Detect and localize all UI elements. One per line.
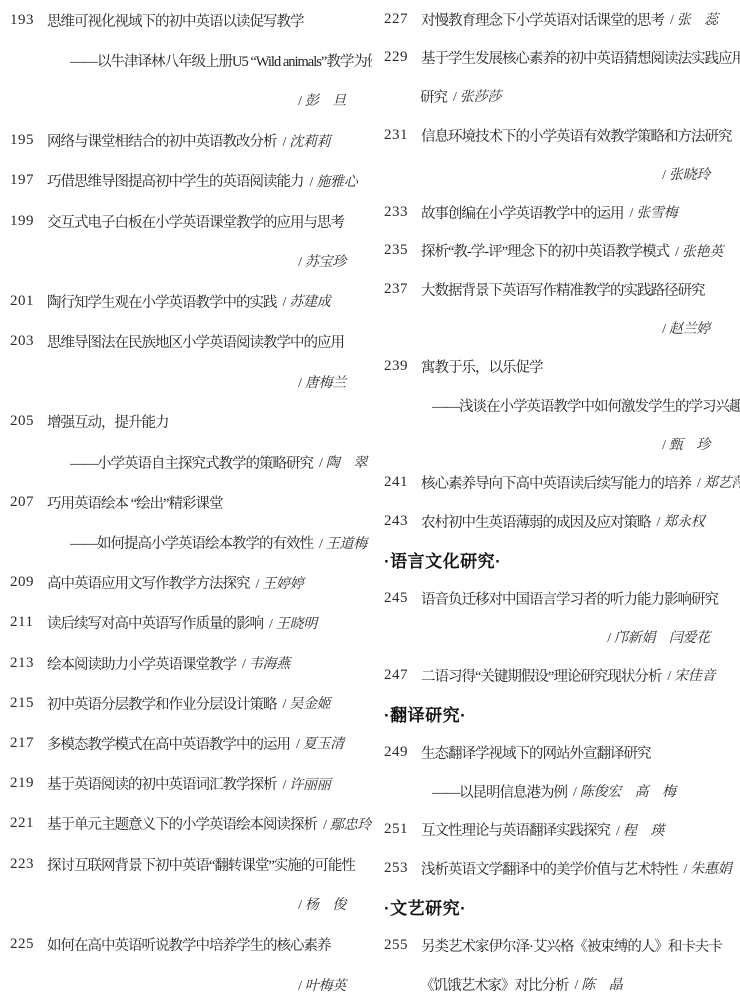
article-title: 另类艺术家伊尔泽·艾兴格《被束缚的人》和卡夫卡 [421,935,722,956]
section-title: ·语言文化研究· [384,547,501,572]
toc-line: 219基于英语阅读的初中英语词汇教学探析许丽丽 [10,764,372,804]
page-number: 217 [10,735,47,752]
page-number: 201 [10,293,47,310]
author-name: 鄢忠玲 [323,814,371,834]
author-name: 陈俊宏 高 梅 [573,781,676,801]
toc-line: 225如何在高中英语听说教学中培养学生的核心素养 [10,924,372,964]
author-name: 陈 晶 [575,974,623,994]
toc-line: 247二语习得“关键期假设”理论研究现状分析宋佳音 [384,656,740,695]
article-title: 寓教于乐，以乐促学 [421,356,543,377]
article-title: 基于英语阅读的初中英语词汇教学探析 [47,773,277,794]
article-title: 核心素养导向下高中英语读后续写能力的培养 [421,472,691,493]
article-subtitle: ——浅谈在小学英语教学中如何激发学生的学习兴趣 [432,395,740,416]
article-title: 探讨互联网背景下初中英语“翻转课堂”实施的可能性 [47,854,355,875]
page-number: 253 [384,860,421,877]
page-number: 241 [384,474,421,491]
page-number: 237 [384,281,421,298]
page-number: 223 [10,856,47,873]
author-name: 朱惠娟 [684,858,732,878]
toc-line: 215初中英语分层教学和作业分层设计策略吴金姬 [10,683,372,723]
author-name: 夏玉清 [296,733,344,753]
article-title: 基于单元主题意义下的小学英语绘本阅读探析 [47,813,317,834]
page-number: 209 [10,574,47,591]
article-title: 对慢教育理念下小学英语对话课堂的思考 [421,9,664,30]
author-name: 赵兰婷 [662,318,710,338]
page-number: 213 [10,655,47,672]
author-name: 苏宝珍 [298,251,346,271]
page-number: 197 [10,172,47,189]
author-name: 唐梅兰 [298,372,346,392]
article-title: 增强互动，提升能力 [47,411,169,432]
toc-line: 201陶行知学生观在小学英语教学中的实践苏建成 [10,281,372,321]
toc-line: 255另类艺术家伊尔泽·艾兴格《被束缚的人》和卡夫卡 [384,926,740,965]
toc-line: 赵兰婷 [384,309,740,348]
toc-line: 张晓玲 [384,154,740,193]
author-name: 王婷婷 [256,573,304,593]
toc-line: 203思维导图法在民族地区小学英语阅读教学中的应用 [10,322,372,362]
toc-line: ——如何提高小学英语绘本教学的有效性王道梅 [10,522,372,562]
article-title: 网络与课堂相结合的初中英语教改分析 [47,130,277,151]
section-header-row: ·翻译研究· [384,695,740,734]
author-name: 沈莉莉 [283,131,331,151]
article-title: 语音负迁移对中国语言学习者的听力能力影响研究 [421,588,718,609]
toc-line: 235探析“教-学-评”理念下的初中英语教学模式张艳英 [384,232,740,271]
article-title: 绘本阅读助力小学英语课堂教学 [47,653,236,674]
page-number: 247 [384,667,421,684]
article-title: 陶行知学生观在小学英语教学中的实践 [47,291,277,312]
article-subtitle: ——以牛津译林八年级上册U5 “Wild animals”教学为例 [70,50,372,71]
toc-line: 193思维可视化视域下的初中英语以读促写教学 [10,0,372,40]
toc-line: 249生态翻译学视域下的网站外宣翻译研究 [384,733,740,772]
author-name: 张雪梅 [630,202,678,222]
toc-line: 227对慢教育理念下小学英语对话课堂的思考张 蕊 [384,0,740,39]
article-subtitle: ——小学英语自主探究式教学的策略研究 [70,452,313,473]
author-name: 郑艺萍 [697,472,740,492]
toc-line: 223探讨互联网背景下初中英语“翻转课堂”实施的可能性 [10,844,372,884]
page-number: 221 [10,815,47,832]
article-title: 交互式电子白板在小学英语课堂教学的应用与思考 [47,211,344,232]
toc-line: 彭 旦 [10,80,372,120]
author-name: 邝新娟 闫爱花 [607,627,710,647]
toc-line: 甄 珍 [384,425,740,464]
author-name: 王道梅 [319,533,367,553]
article-title: 农村初中生英语薄弱的成因及应对策略 [421,511,651,532]
page-number: 215 [10,695,47,712]
page-number: 203 [10,333,47,350]
section-title: ·文艺研究· [384,894,466,919]
page-number: 219 [10,775,47,792]
toc-line: 233故事创编在小学英语教学中的运用张雪梅 [384,193,740,232]
article-title: 互文性理论与英语翻译实践探究 [421,819,610,840]
page-number: 249 [384,744,421,761]
toc-line: 杨 俊 [10,884,372,924]
article-title: 探析“教-学-评”理念下的初中英语教学模式 [421,240,669,261]
author-name: 郑永权 [657,511,705,531]
left-column: 193思维可视化视域下的初中英语以读促写教学——以牛津译林八年级上册U5 “Wi… [0,0,372,1004]
toc-line: 211读后续写对高中英语写作质量的影响王晓明 [10,603,372,643]
article-title: 故事创编在小学英语教学中的运用 [421,202,624,223]
page-number: 233 [384,204,421,221]
page-number: 195 [10,132,47,149]
article-title: 初中英语分层教学和作业分层设计策略 [47,693,277,714]
article-subtitle: ——如何提高小学英语绘本教学的有效性 [70,532,313,553]
author-name: 苏建成 [283,291,331,311]
toc-line: 209高中英语应用文写作教学方法探究王婷婷 [10,563,372,603]
section-header-row: ·文艺研究· [384,888,740,927]
author-name: 张艳英 [675,241,723,261]
page-number: 245 [384,590,421,607]
toc-line: 邝新娟 闫爱花 [384,618,740,657]
toc-line: 245语音负迁移对中国语言学习者的听力能力影响研究 [384,579,740,618]
toc-line: 239寓教于乐，以乐促学 [384,347,740,386]
page-number: 205 [10,413,47,430]
section-header-row: ·语言文化研究· [384,540,740,579]
author-name: 许丽丽 [283,774,331,794]
article-title: 读后续写对高中英语写作质量的影响 [47,612,263,633]
author-name: 宋佳音 [667,665,715,685]
toc-line: 213绘本阅读助力小学英语课堂教学韦海燕 [10,643,372,683]
page-number: 235 [384,242,421,259]
page-number: 243 [384,513,421,530]
toc-line: 217多模态教学模式在高中英语教学中的运用夏玉清 [10,723,372,763]
article-title: 如何在高中英语听说教学中培养学生的核心素养 [47,934,331,955]
article-title: 浅析英语文学翻译中的美学价值与艺术特性 [421,858,678,879]
toc-line: 197巧借思维导图提高初中学生的英语阅读能力施雅心 [10,161,372,201]
article-title: 生态翻译学视域下的网站外宣翻译研究 [421,742,651,763]
author-name: 韦海燕 [242,653,290,673]
toc-line: 207巧用英语绘本 “绘出”精彩课堂 [10,482,372,522]
page-number: 255 [384,937,421,954]
toc-line: 253浅析英语文学翻译中的美学价值与艺术特性朱惠娟 [384,849,740,888]
author-name: 彭 旦 [298,90,346,110]
toc-line: 苏宝珍 [10,241,372,281]
page-number: 225 [10,936,47,953]
toc-line: 195网络与课堂相结合的初中英语教改分析沈莉莉 [10,121,372,161]
author-name: 张莎莎 [453,86,501,106]
page-number: 239 [384,358,421,375]
author-name: 王晓明 [269,613,317,633]
article-title: 思维导图法在民族地区小学英语阅读教学中的应用 [47,331,344,352]
toc-line: 《饥饿艺术家》对比分析陈 晶 [384,965,740,1004]
author-name: 甄 珍 [662,434,710,454]
toc-line: ——以牛津译林八年级上册U5 “Wild animals”教学为例 [10,40,372,80]
toc-line: 243农村初中生英语薄弱的成因及应对策略郑永权 [384,502,740,541]
author-name: 叶梅英 [298,975,346,995]
right-column: 227对慢教育理念下小学英语对话课堂的思考张 蕊229基于学生发展核心素养的初中… [372,0,740,1004]
toc-line: 研究张莎莎 [384,77,740,116]
page-number: 211 [10,614,47,631]
article-title: 大数据背景下英语写作精准教学的实践路径研究 [421,279,705,300]
author-name: 陶 翠 [319,452,367,472]
toc-line: 229基于学生发展核心素养的初中英语猜想阅读法实践应用 [384,39,740,78]
toc-line: 241核心素养导向下高中英语读后续写能力的培养郑艺萍 [384,463,740,502]
article-title: 研究 [420,86,447,107]
article-title: 多模态教学模式在高中英语教学中的运用 [47,733,290,754]
article-subtitle: ——以昆明信息港为例 [432,781,567,802]
toc-line: 221基于单元主题意义下的小学英语绘本阅读探析鄢忠玲 [10,804,372,844]
toc-line: 251互文性理论与英语翻译实践探究程 瑛 [384,810,740,849]
author-name: 张晓玲 [662,164,710,184]
article-title: 信息环境技术下的小学英语有效教学策略和方法研究 [421,125,732,146]
page-number: 227 [384,11,421,28]
article-title: 巧借思维导图提高初中学生的英语阅读能力 [47,170,304,191]
author-name: 张 蕊 [670,9,718,29]
author-name: 杨 俊 [298,894,346,914]
toc-line: 199交互式电子白板在小学英语课堂教学的应用与思考 [10,201,372,241]
toc-line: ——以昆明信息港为例陈俊宏 高 梅 [384,772,740,811]
article-title: 思维可视化视域下的初中英语以读促写教学 [47,10,304,31]
page-number: 193 [10,12,47,29]
toc-line: ——浅谈在小学英语教学中如何激发学生的学习兴趣 [384,386,740,425]
toc-line: 231信息环境技术下的小学英语有效教学策略和方法研究 [384,116,740,155]
page-number: 199 [10,213,47,230]
toc-line: ——小学英语自主探究式教学的策略研究陶 翠 [10,442,372,482]
article-title: 《饥饿艺术家》对比分析 [420,974,569,995]
toc-line: 205增强互动，提升能力 [10,402,372,442]
toc-line: 叶梅英 [10,965,372,1004]
toc-line: 237大数据背景下英语写作精准教学的实践路径研究 [384,270,740,309]
page-number: 207 [10,494,47,511]
article-title: 基于学生发展核心素养的初中英语猜想阅读法实践应用 [421,47,740,68]
page-number: 231 [384,127,421,144]
author-name: 吴金姬 [283,693,331,713]
article-title: 高中英语应用文写作教学方法探究 [47,572,250,593]
author-name: 程 瑛 [616,820,664,840]
toc-line: 唐梅兰 [10,362,372,402]
journal-toc-page: 193思维可视化视域下的初中英语以读促写教学——以牛津译林八年级上册U5 “Wi… [0,0,740,1004]
article-title: 巧用英语绘本 “绘出”精彩课堂 [47,492,223,513]
author-name: 施雅心 [310,171,358,191]
section-title: ·翻译研究· [384,701,466,726]
page-number: 251 [384,821,421,838]
article-title: 二语习得“关键期假设”理论研究现状分析 [421,665,661,686]
page-number: 229 [384,49,421,66]
